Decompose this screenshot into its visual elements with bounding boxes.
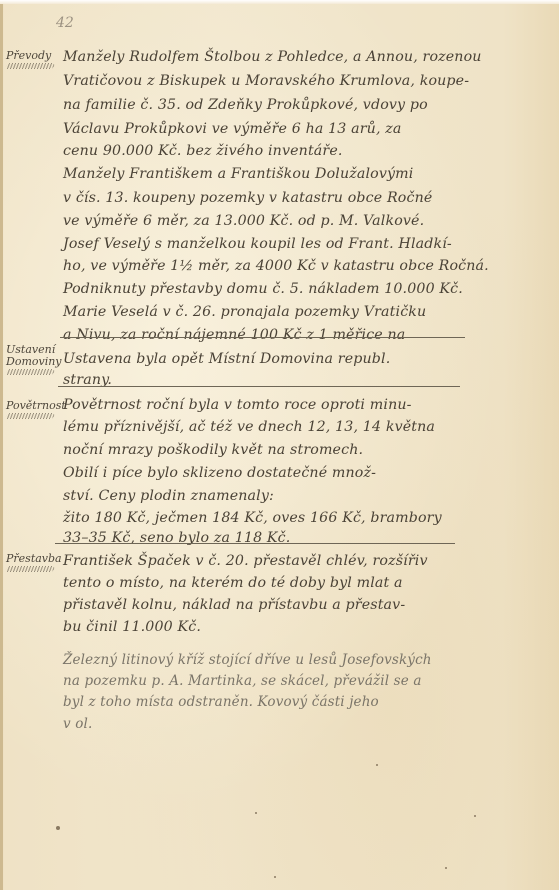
underline-squiggle bbox=[5, 413, 55, 419]
underline-squiggle bbox=[5, 63, 55, 69]
entry-line: Václavu Prokůpkovi ve výměře 6 ha 13 arů… bbox=[63, 121, 402, 137]
entry-line: Marie Veselá v č. 26. pronajala pozemky … bbox=[63, 304, 426, 320]
paper-speck bbox=[376, 764, 378, 766]
pencil-note-line: v ol. bbox=[63, 716, 92, 732]
margin-heading-label: Povětrnost bbox=[6, 399, 66, 412]
entry-line: lému příznivější, ač též ve dnech 12, 13… bbox=[63, 419, 435, 435]
margin-heading-label: Ustavení Domoviny bbox=[6, 343, 62, 368]
margin-heading-povetrnost: Povětrnost bbox=[6, 400, 66, 419]
pencil-note-line: Železný litinový kříž stojící dříve u le… bbox=[63, 652, 432, 668]
margin-heading-label: Přestavba bbox=[6, 552, 62, 565]
entry-line: a Nivu, za roční nájemné 100 Kč z 1 měři… bbox=[63, 327, 405, 343]
entry-line: přistavěl kolnu, náklad na přístavbu a p… bbox=[63, 597, 405, 613]
entry-line: na familie č. 35. od Zdeňky Prokůpkové, … bbox=[63, 97, 428, 113]
entry-line: cenu 90.000 Kč. bez živého inventáře. bbox=[63, 143, 343, 159]
underline-squiggle bbox=[5, 566, 55, 572]
entry-line: Podniknuty přestavby domu č. 5. nákladem… bbox=[63, 281, 463, 297]
entry-line: v čís. 13. koupeny pozemky v katastru ob… bbox=[63, 190, 432, 206]
entry-line: ho, ve výměře 1½ měr, za 4000 Kč v katas… bbox=[63, 258, 489, 274]
entry-line: Manžely Rudolfem Štolbou z Pohledce, a A… bbox=[63, 49, 482, 65]
entry-line: bu činil 11.000 Kč. bbox=[63, 619, 201, 635]
section-divider bbox=[60, 337, 465, 338]
paper-speck bbox=[445, 867, 447, 869]
page-number: 42 bbox=[56, 15, 74, 31]
paper-speck bbox=[56, 826, 60, 830]
paper-speck bbox=[274, 876, 276, 878]
margin-heading-prestavba: Přestavba bbox=[6, 553, 62, 572]
manuscript-page: 42 Převody Manžely Rudolfem Štolbou z Po… bbox=[0, 0, 559, 890]
pencil-note-line: na pozemku p. A. Martinka, se skácel, př… bbox=[63, 673, 422, 689]
entry-line: Povětrnost roční byla v tomto roce oprot… bbox=[63, 397, 412, 413]
section-divider bbox=[55, 543, 455, 544]
entry-line: Manžely Františkem a Františkou Dolužalo… bbox=[63, 166, 413, 182]
paper-speck bbox=[474, 815, 476, 817]
entry-line: ve výměře 6 měr, za 13.000 Kč. od p. M. … bbox=[63, 213, 424, 229]
entry-line: Obilí i píce bylo sklizeno dostatečné mn… bbox=[63, 465, 376, 481]
entry-line: František Špaček v č. 20. přestavěl chlé… bbox=[63, 553, 428, 569]
paper-speck bbox=[255, 812, 257, 814]
entry-line: ství. Ceny plodin znamenaly: bbox=[63, 488, 274, 504]
entry-line: Josef Veselý s manželkou koupil les od F… bbox=[63, 236, 452, 252]
entry-line: Ustavena byla opět Místní Domovina repub… bbox=[63, 351, 390, 367]
entry-line: noční mrazy poškodily květ na stromech. bbox=[63, 442, 363, 458]
page-top-edge bbox=[0, 0, 559, 4]
entry-line: tento o místo, na kterém do té doby byl … bbox=[63, 575, 403, 591]
margin-heading-prevody: Převody bbox=[6, 50, 54, 69]
margin-heading-label: Převody bbox=[6, 49, 51, 62]
margin-heading-domovina: Ustavení Domoviny bbox=[6, 344, 58, 375]
section-divider bbox=[58, 386, 460, 387]
entry-line: žito 180 Kč, ječmen 184 Kč, oves 166 Kč,… bbox=[63, 510, 442, 526]
entry-line: Vratičovou z Biskupek u Moravského Kruml… bbox=[63, 73, 469, 89]
page-binding-edge bbox=[0, 0, 3, 890]
pencil-note-line: byl z toho místa odstraněn. Kovový části… bbox=[63, 694, 379, 710]
underline-squiggle bbox=[5, 369, 55, 375]
